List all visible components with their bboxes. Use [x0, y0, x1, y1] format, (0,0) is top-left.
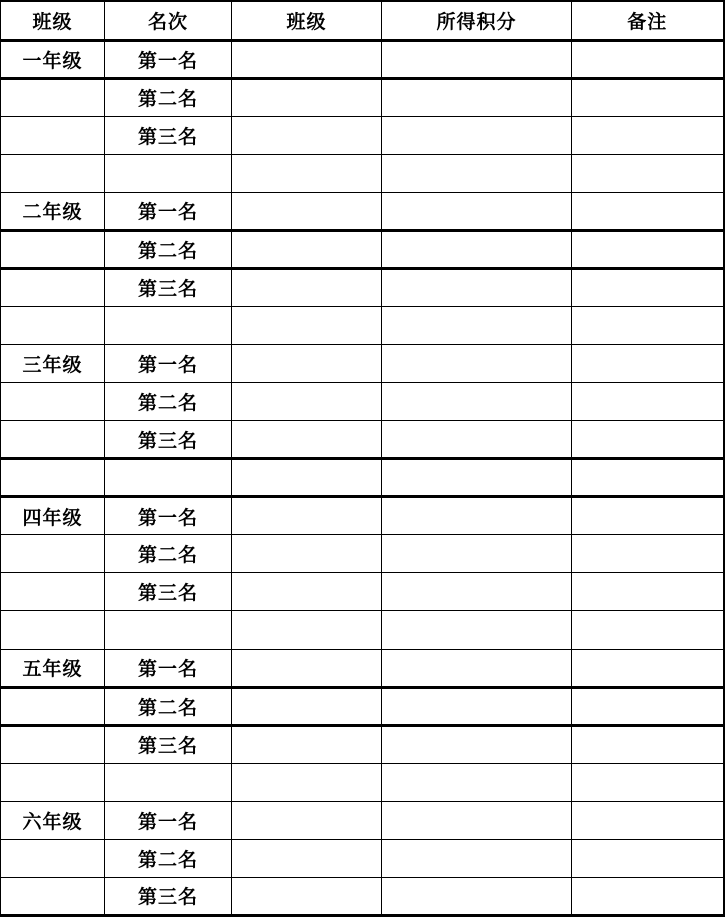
rank-cell	[105, 306, 232, 344]
table-row	[1, 763, 724, 801]
remarks-cell	[572, 649, 724, 687]
table-row	[1, 306, 724, 344]
rank-cell: 第三名	[105, 116, 232, 154]
rank-cell: 第二名	[105, 230, 232, 268]
rank-cell: 第三名	[105, 421, 232, 459]
grade-cell	[1, 573, 105, 611]
rank-cell: 第二名	[105, 535, 232, 573]
table-row: 第三名	[1, 421, 724, 459]
class-cell	[232, 268, 382, 306]
table-row: 三年级 第一名	[1, 345, 724, 383]
grade-cell: 二年级	[1, 192, 105, 230]
rank-cell: 第二名	[105, 78, 232, 116]
points-cell	[382, 421, 572, 459]
table-row: 二年级 第一名	[1, 192, 724, 230]
grade-cell	[1, 459, 105, 497]
table-row: 第三名	[1, 116, 724, 154]
remarks-cell	[572, 497, 724, 535]
rank-cell	[105, 154, 232, 192]
grade-cell	[1, 763, 105, 801]
rank-cell: 第一名	[105, 345, 232, 383]
remarks-cell	[572, 40, 724, 78]
column-header-class: 班级	[232, 1, 382, 40]
grade-cell	[1, 421, 105, 459]
rank-cell: 第一名	[105, 649, 232, 687]
remarks-cell	[572, 535, 724, 573]
points-cell	[382, 40, 572, 78]
grade-cell	[1, 839, 105, 877]
rank-cell: 第一名	[105, 40, 232, 78]
table-row	[1, 459, 724, 497]
table-row: 四年级 第一名	[1, 497, 724, 535]
class-cell	[232, 306, 382, 344]
table-row: 第三名	[1, 268, 724, 306]
class-cell	[232, 801, 382, 839]
grade-cell: 五年级	[1, 649, 105, 687]
grade-cell	[1, 78, 105, 116]
table-row: 第二名	[1, 230, 724, 268]
points-cell	[382, 78, 572, 116]
points-cell	[382, 763, 572, 801]
class-cell	[232, 192, 382, 230]
class-cell	[232, 573, 382, 611]
points-cell	[382, 383, 572, 421]
grade-cell	[1, 687, 105, 725]
remarks-cell	[572, 78, 724, 116]
class-cell	[232, 535, 382, 573]
score-record-table: 班级 名次 班级 所得积分 备注 一年级 第一名 第二名 第三名 二年级 第一名	[0, 0, 725, 917]
table-row: 第二名	[1, 535, 724, 573]
class-cell	[232, 725, 382, 763]
class-cell	[232, 345, 382, 383]
points-cell	[382, 154, 572, 192]
rank-cell: 第三名	[105, 268, 232, 306]
points-cell	[382, 192, 572, 230]
column-header-remarks: 备注	[572, 1, 724, 40]
remarks-cell	[572, 877, 724, 915]
remarks-cell	[572, 154, 724, 192]
table-row: 第二名	[1, 383, 724, 421]
class-cell	[232, 154, 382, 192]
table-row: 第二名	[1, 687, 724, 725]
class-cell	[232, 40, 382, 78]
points-cell	[382, 497, 572, 535]
grade-cell	[1, 877, 105, 915]
class-cell	[232, 839, 382, 877]
points-cell	[382, 230, 572, 268]
grade-cell: 六年级	[1, 801, 105, 839]
table-row: 第二名	[1, 78, 724, 116]
class-cell	[232, 763, 382, 801]
rank-cell: 第三名	[105, 573, 232, 611]
points-cell	[382, 345, 572, 383]
table-header: 班级 名次 班级 所得积分 备注	[1, 1, 724, 40]
remarks-cell	[572, 839, 724, 877]
grade-cell: 三年级	[1, 345, 105, 383]
remarks-cell	[572, 268, 724, 306]
remarks-cell	[572, 116, 724, 154]
grade-cell	[1, 611, 105, 649]
remarks-cell	[572, 763, 724, 801]
grade-cell	[1, 154, 105, 192]
rank-cell: 第三名	[105, 725, 232, 763]
class-cell	[232, 497, 382, 535]
points-cell	[382, 459, 572, 497]
grade-cell: 一年级	[1, 40, 105, 78]
class-cell	[232, 78, 382, 116]
points-cell	[382, 877, 572, 915]
rank-cell: 第二名	[105, 687, 232, 725]
remarks-cell	[572, 459, 724, 497]
points-cell	[382, 611, 572, 649]
class-cell	[232, 687, 382, 725]
class-cell	[232, 611, 382, 649]
class-cell	[232, 230, 382, 268]
points-cell	[382, 306, 572, 344]
rank-cell: 第二名	[105, 383, 232, 421]
points-cell	[382, 687, 572, 725]
grade-cell	[1, 230, 105, 268]
rank-cell: 第一名	[105, 192, 232, 230]
rank-cell: 第一名	[105, 801, 232, 839]
table-row: 第三名	[1, 877, 724, 915]
grade-cell: 四年级	[1, 497, 105, 535]
grade-cell	[1, 535, 105, 573]
class-cell	[232, 877, 382, 915]
table-row: 第三名	[1, 725, 724, 763]
rank-cell	[105, 611, 232, 649]
table-row: 第二名	[1, 839, 724, 877]
class-cell	[232, 116, 382, 154]
remarks-cell	[572, 611, 724, 649]
grade-cell	[1, 725, 105, 763]
remarks-cell	[572, 345, 724, 383]
rank-cell: 第二名	[105, 839, 232, 877]
grade-cell	[1, 306, 105, 344]
points-cell	[382, 116, 572, 154]
grade-cell	[1, 383, 105, 421]
class-cell	[232, 459, 382, 497]
points-cell	[382, 801, 572, 839]
remarks-cell	[572, 306, 724, 344]
remarks-cell	[572, 421, 724, 459]
header-row: 班级 名次 班级 所得积分 备注	[1, 1, 724, 40]
grade-cell	[1, 268, 105, 306]
points-cell	[382, 725, 572, 763]
points-cell	[382, 535, 572, 573]
table-row: 第三名	[1, 573, 724, 611]
remarks-cell	[572, 573, 724, 611]
remarks-cell	[572, 383, 724, 421]
table-row: 五年级 第一名	[1, 649, 724, 687]
rank-cell: 第三名	[105, 877, 232, 915]
remarks-cell	[572, 230, 724, 268]
remarks-cell	[572, 192, 724, 230]
column-header-points: 所得积分	[382, 1, 572, 40]
class-cell	[232, 649, 382, 687]
points-cell	[382, 649, 572, 687]
column-header-grade: 班级	[1, 1, 105, 40]
table-row: 六年级 第一名	[1, 801, 724, 839]
rank-cell: 第一名	[105, 497, 232, 535]
table-body: 一年级 第一名 第二名 第三名 二年级 第一名 第二名 第三名	[1, 40, 724, 916]
table-row: 一年级 第一名	[1, 40, 724, 78]
remarks-cell	[572, 801, 724, 839]
table-row	[1, 154, 724, 192]
points-cell	[382, 839, 572, 877]
column-header-rank: 名次	[105, 1, 232, 40]
class-cell	[232, 383, 382, 421]
remarks-cell	[572, 725, 724, 763]
rank-cell	[105, 763, 232, 801]
points-cell	[382, 268, 572, 306]
rank-cell	[105, 459, 232, 497]
remarks-cell	[572, 687, 724, 725]
grade-cell	[1, 116, 105, 154]
class-cell	[232, 421, 382, 459]
table-row	[1, 611, 724, 649]
points-cell	[382, 573, 572, 611]
